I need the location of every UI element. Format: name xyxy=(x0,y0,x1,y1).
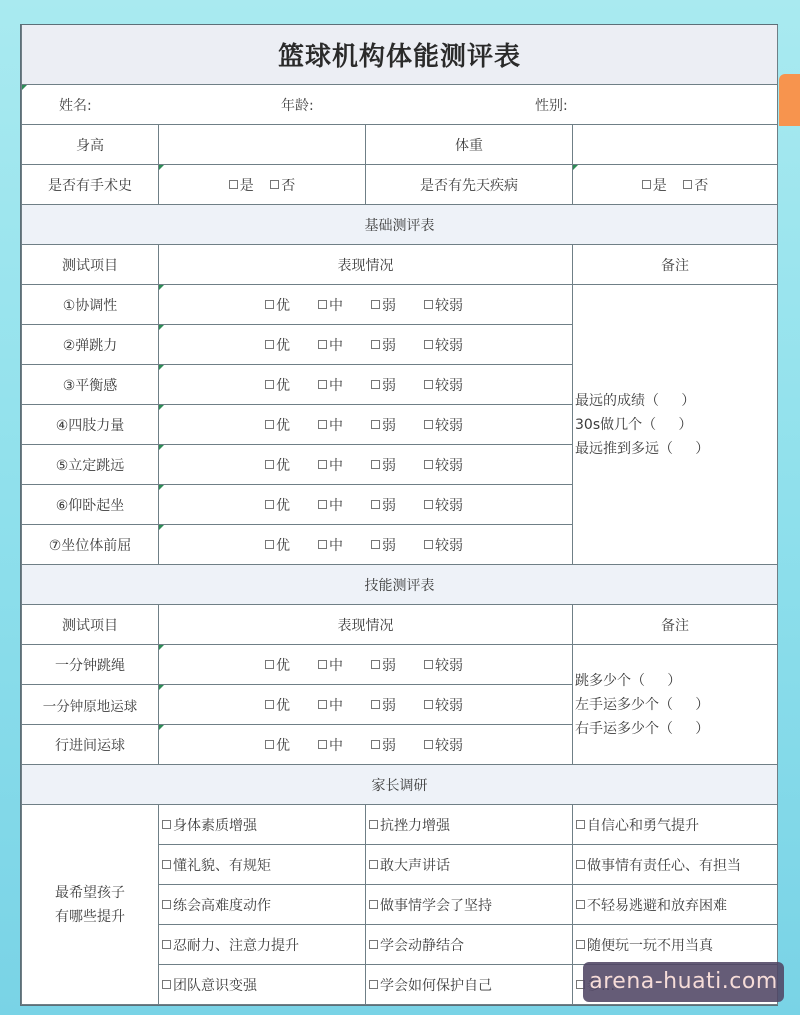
rating-weak-checkbox[interactable]: 弱 xyxy=(371,295,402,315)
checkbox-icon xyxy=(162,980,171,989)
rating-medium-checkbox[interactable]: 中 xyxy=(318,455,349,475)
checkbox-icon xyxy=(424,340,433,349)
checkbox-icon xyxy=(369,900,378,909)
checkbox-icon xyxy=(642,180,651,189)
checkbox-icon xyxy=(576,820,585,829)
skill-item-label: 一分钟跳绳 xyxy=(22,645,159,685)
checkbox-icon xyxy=(162,940,171,949)
rating-medium-checkbox[interactable]: 中 xyxy=(318,375,349,395)
note-best-result: 最远的成绩（ ） xyxy=(575,389,777,413)
checkbox-icon xyxy=(162,860,171,869)
basic-item-label: ⑥仰卧起坐 xyxy=(22,485,159,525)
checkbox-icon xyxy=(162,900,171,909)
checkbox-icon xyxy=(265,380,274,389)
rating-weaker-checkbox[interactable]: 较弱 xyxy=(424,695,463,715)
rating-weak-checkbox[interactable]: 弱 xyxy=(371,335,402,355)
checkbox-icon xyxy=(371,740,380,749)
checkbox-icon xyxy=(424,700,433,709)
gender-field[interactable]: 性别: xyxy=(535,95,568,115)
skill-header-notes: 备注 xyxy=(573,605,778,645)
rating-medium-checkbox[interactable]: 中 xyxy=(318,695,349,715)
rating-weak-checkbox[interactable]: 弱 xyxy=(371,735,402,755)
skill-section-title: 技能测评表 xyxy=(22,565,778,605)
note-farthest-reach: 最远推到多远（ ） xyxy=(575,437,777,461)
note-right-hand-dribble: 右手运多少个（ ） xyxy=(575,717,777,741)
checkbox-icon xyxy=(265,420,274,429)
age-field[interactable]: 年龄: xyxy=(281,95,314,115)
basic-header-item: 测试项目 xyxy=(22,245,159,285)
name-field[interactable]: 姓名: xyxy=(59,95,92,115)
checkbox-icon xyxy=(576,860,585,869)
rating-excellent-checkbox[interactable]: 优 xyxy=(265,495,296,515)
rating-weaker-checkbox[interactable]: 较弱 xyxy=(424,495,463,515)
rating-medium-checkbox[interactable]: 中 xyxy=(318,535,349,555)
basic-header-performance: 表现情况 xyxy=(159,245,573,285)
parent-option-checkbox[interactable]: 练会高难度动作 xyxy=(159,885,366,925)
checkbox-icon xyxy=(576,900,585,909)
surgery-history-label: 是否有手术史 xyxy=(22,165,159,205)
rating-medium-checkbox[interactable]: 中 xyxy=(318,735,349,755)
rating-weaker-checkbox[interactable]: 较弱 xyxy=(424,535,463,555)
height-input[interactable] xyxy=(159,125,366,165)
basic-section-title: 基础测评表 xyxy=(22,205,778,245)
checkbox-icon xyxy=(318,740,327,749)
basic-item-label: ④四肢力量 xyxy=(22,405,159,445)
checkbox-icon xyxy=(371,660,380,669)
checkbox-icon xyxy=(369,860,378,869)
checkbox-icon xyxy=(265,340,274,349)
parent-question-line1: 最希望孩子 xyxy=(22,881,158,905)
basic-item-ratings: 优中弱较弱 xyxy=(159,325,573,365)
checkbox-icon xyxy=(424,420,433,429)
parent-question: 最希望孩子 有哪些提升 xyxy=(22,805,159,1005)
skill-item-ratings: 优中弱较弱 xyxy=(159,725,573,765)
checkbox-icon xyxy=(371,300,380,309)
personal-info-row: 姓名: 年龄: 性别: xyxy=(22,85,778,125)
checkbox-icon xyxy=(318,700,327,709)
congenital-no-checkbox[interactable]: 否 xyxy=(683,175,708,195)
basic-item-label: ③平衡感 xyxy=(22,365,159,405)
rating-excellent-checkbox[interactable]: 优 xyxy=(265,535,296,555)
rating-excellent-checkbox[interactable]: 优 xyxy=(265,375,296,395)
checkbox-icon xyxy=(162,820,171,829)
parent-option-checkbox[interactable]: 团队意识变强 xyxy=(159,965,366,1005)
skill-item-label: 行进间运球 xyxy=(22,725,159,765)
checkbox-icon xyxy=(371,700,380,709)
checkbox-icon xyxy=(270,180,279,189)
checkbox-icon xyxy=(265,660,274,669)
checkbox-icon xyxy=(265,540,274,549)
basic-item-ratings: 优中弱较弱 xyxy=(159,285,573,325)
rating-medium-checkbox[interactable]: 中 xyxy=(318,335,349,355)
checkbox-icon xyxy=(424,540,433,549)
rating-medium-checkbox[interactable]: 中 xyxy=(318,655,349,675)
checkbox-icon xyxy=(265,460,274,469)
note-left-hand-dribble: 左手运多少个（ ） xyxy=(575,693,777,717)
checkbox-icon xyxy=(424,660,433,669)
basic-item-ratings: 优中弱较弱 xyxy=(159,485,573,525)
checkbox-icon xyxy=(369,980,378,989)
watermark: arena-huati.com xyxy=(583,962,784,1002)
rating-weak-checkbox[interactable]: 弱 xyxy=(371,695,402,715)
note-30s-count: 30s做几个（ ） xyxy=(575,413,777,437)
basic-item-ratings: 优中弱较弱 xyxy=(159,365,573,405)
checkbox-icon xyxy=(318,460,327,469)
form-table: 篮球机构体能测评表 姓名: 年龄: 性别: 身高 体重 是否有手术史 是 否 是… xyxy=(21,25,778,1005)
parent-option-checkbox[interactable]: 抗挫力增强 xyxy=(366,805,573,845)
rating-medium-checkbox[interactable]: 中 xyxy=(318,295,349,315)
form-title: 篮球机构体能测评表 xyxy=(22,25,778,85)
checkbox-icon xyxy=(424,380,433,389)
checkbox-icon xyxy=(371,500,380,509)
checkbox-icon xyxy=(318,500,327,509)
basic-item-ratings: 优中弱较弱 xyxy=(159,405,573,445)
decorative-orange-tab xyxy=(779,74,800,126)
note-jump-count: 跳多少个（ ） xyxy=(575,669,777,693)
rating-weaker-checkbox[interactable]: 较弱 xyxy=(424,295,463,315)
rating-excellent-checkbox[interactable]: 优 xyxy=(265,295,296,315)
rating-weaker-checkbox[interactable]: 较弱 xyxy=(424,375,463,395)
checkbox-icon xyxy=(318,340,327,349)
weight-label: 体重 xyxy=(366,125,573,165)
basic-item-label: ⑤立定跳远 xyxy=(22,445,159,485)
rating-weaker-checkbox[interactable]: 较弱 xyxy=(424,415,463,435)
basic-notes[interactable]: 最远的成绩（ ） 30s做几个（ ） 最远推到多远（ ） xyxy=(573,285,778,565)
rating-weak-checkbox[interactable]: 弱 xyxy=(371,655,402,675)
parent-option-checkbox[interactable]: 忍耐力、注意力提升 xyxy=(159,925,366,965)
checkbox-icon xyxy=(318,300,327,309)
surgery-no-checkbox[interactable]: 否 xyxy=(270,175,295,195)
rating-weaker-checkbox[interactable]: 较弱 xyxy=(424,735,463,755)
rating-excellent-checkbox[interactable]: 优 xyxy=(265,735,296,755)
surgery-history-options: 是 否 xyxy=(159,165,366,205)
checkbox-icon xyxy=(318,380,327,389)
rating-weak-checkbox[interactable]: 弱 xyxy=(371,375,402,395)
parent-question-line2: 有哪些提升 xyxy=(22,905,158,929)
parent-option-checkbox[interactable]: 不轻易逃避和放弃困难 xyxy=(573,885,778,925)
checkbox-icon xyxy=(265,500,274,509)
rating-weak-checkbox[interactable]: 弱 xyxy=(371,455,402,475)
checkbox-icon xyxy=(424,300,433,309)
checkbox-icon xyxy=(576,940,585,949)
assessment-form: 篮球机构体能测评表 姓名: 年龄: 性别: 身高 体重 是否有手术史 是 否 是… xyxy=(20,24,778,1006)
skill-item-label: 一分钟原地运球 xyxy=(22,685,159,725)
rating-medium-checkbox[interactable]: 中 xyxy=(318,415,349,435)
surgery-yes-checkbox[interactable]: 是 xyxy=(229,175,254,195)
basic-item-label: ②弹跳力 xyxy=(22,325,159,365)
checkbox-icon xyxy=(424,740,433,749)
basic-item-label: ⑦坐位体前屈 xyxy=(22,525,159,565)
skill-notes[interactable]: 跳多少个（ ） 左手运多少个（ ） 右手运多少个（ ） xyxy=(573,645,778,765)
checkbox-icon xyxy=(371,380,380,389)
height-label: 身高 xyxy=(22,125,159,165)
parent-option-checkbox[interactable]: 做事情有责任心、有担当 xyxy=(573,845,778,885)
rating-weak-checkbox[interactable]: 弱 xyxy=(371,495,402,515)
rating-weak-checkbox[interactable]: 弱 xyxy=(371,415,402,435)
checkbox-icon xyxy=(369,940,378,949)
congenital-disease-options: 是 否 xyxy=(573,165,778,205)
congenital-yes-checkbox[interactable]: 是 xyxy=(642,175,667,195)
basic-item-ratings: 优中弱较弱 xyxy=(159,525,573,565)
checkbox-icon xyxy=(371,460,380,469)
basic-item-ratings: 优中弱较弱 xyxy=(159,445,573,485)
parent-option-checkbox[interactable]: 身体素质增强 xyxy=(159,805,366,845)
basic-header-notes: 备注 xyxy=(573,245,778,285)
checkbox-icon xyxy=(371,540,380,549)
checkbox-icon xyxy=(369,820,378,829)
checkbox-icon xyxy=(318,420,327,429)
skill-header-performance: 表现情况 xyxy=(159,605,573,645)
skill-item-ratings: 优中弱较弱 xyxy=(159,685,573,725)
parent-option-checkbox[interactable]: 随便玩一玩不用当真 xyxy=(573,925,778,965)
skill-header-item: 测试项目 xyxy=(22,605,159,645)
rating-excellent-checkbox[interactable]: 优 xyxy=(265,695,296,715)
rating-weaker-checkbox[interactable]: 较弱 xyxy=(424,455,463,475)
checkbox-icon xyxy=(318,540,327,549)
parent-option-checkbox[interactable]: 学会动静结合 xyxy=(366,925,573,965)
rating-excellent-checkbox[interactable]: 优 xyxy=(265,455,296,475)
checkbox-icon xyxy=(265,740,274,749)
rating-excellent-checkbox[interactable]: 优 xyxy=(265,335,296,355)
parent-section-title: 家长调研 xyxy=(22,765,778,805)
checkbox-icon xyxy=(371,420,380,429)
parent-option-checkbox[interactable]: 学会如何保护自己 xyxy=(366,965,573,1005)
checkbox-icon xyxy=(265,300,274,309)
checkbox-icon xyxy=(318,660,327,669)
rating-weak-checkbox[interactable]: 弱 xyxy=(371,535,402,555)
checkbox-icon xyxy=(424,460,433,469)
checkbox-icon xyxy=(265,700,274,709)
congenital-disease-label: 是否有先天疾病 xyxy=(366,165,573,205)
rating-excellent-checkbox[interactable]: 优 xyxy=(265,655,296,675)
checkbox-icon xyxy=(683,180,692,189)
parent-option-checkbox[interactable]: 敢大声讲话 xyxy=(366,845,573,885)
rating-excellent-checkbox[interactable]: 优 xyxy=(265,415,296,435)
rating-weaker-checkbox[interactable]: 较弱 xyxy=(424,335,463,355)
parent-option-checkbox[interactable]: 懂礼貌、有规矩 xyxy=(159,845,366,885)
checkbox-icon xyxy=(424,500,433,509)
rating-weaker-checkbox[interactable]: 较弱 xyxy=(424,655,463,675)
checkbox-icon xyxy=(229,180,238,189)
basic-item-label: ①协调性 xyxy=(22,285,159,325)
rating-medium-checkbox[interactable]: 中 xyxy=(318,495,349,515)
checkbox-icon xyxy=(371,340,380,349)
skill-item-ratings: 优中弱较弱 xyxy=(159,645,573,685)
parent-option-checkbox[interactable]: 做事情学会了坚持 xyxy=(366,885,573,925)
parent-option-checkbox[interactable]: 自信心和勇气提升 xyxy=(573,805,778,845)
weight-input[interactable] xyxy=(573,125,778,165)
